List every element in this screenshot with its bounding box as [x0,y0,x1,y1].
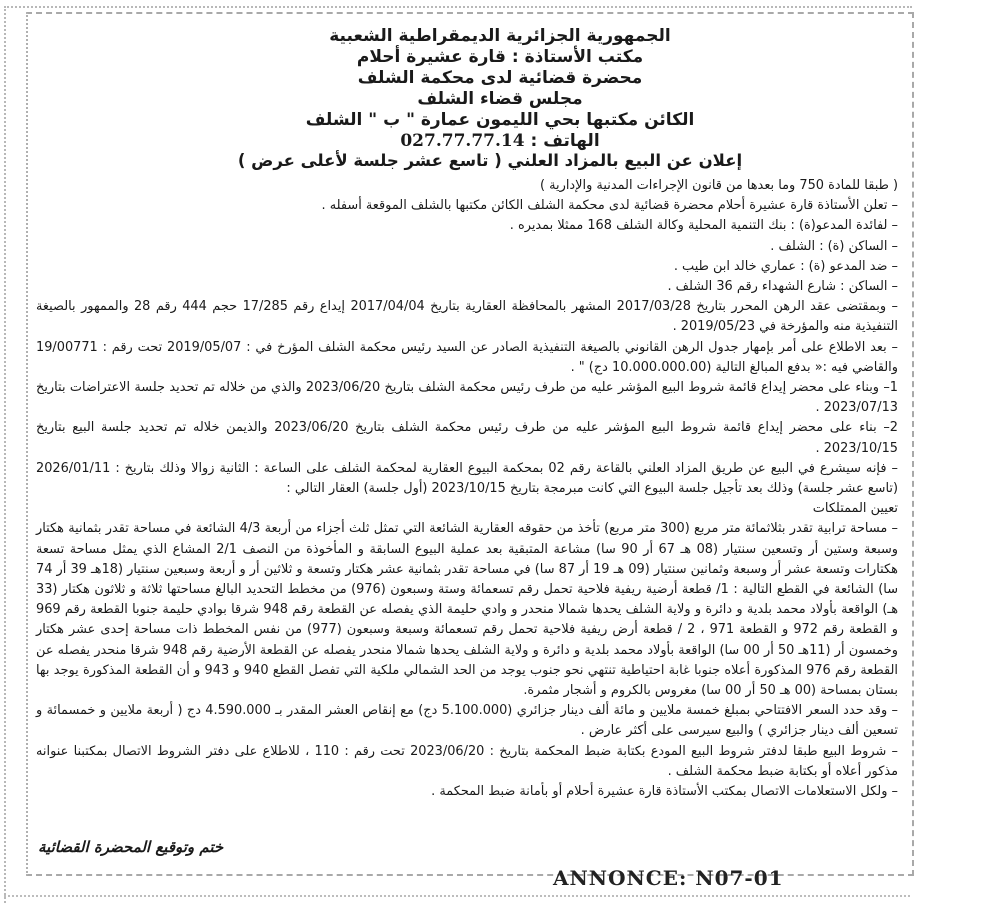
bailiff-title: محضرة قضائية لدى محكمة الشلف [240,68,760,89]
sale-paragraph: – فإنه سيشرع في البيع عن طريق المزاد الع… [36,459,898,499]
signature-line: ختم وتوقيع المحضرة القضائية [38,838,223,856]
beneficiary-address: – الساكن (ة) : الشلف . [36,237,898,257]
property-heading: تعيين الممتلكات [36,499,898,519]
phone-label: الهاتف : [525,131,600,151]
conditions-paragraph: – شروط البيع طبقا لدفتر شروط البيع المود… [36,742,898,782]
notice-title: إعلان عن البيع بالمزاد العلني ( تاسع عشر… [230,151,750,170]
court-council: مجلس قضاء الشلف [240,89,760,110]
defendant: – ضد المدعو (ة) : عماري خالد ابن طيب . [36,257,898,277]
inquiries-paragraph: – ولكل الاستعلامات الاتصال بمكتب الأستاذ… [36,782,898,802]
order-paragraph: – بعد الاطلاع على أمر بإمهار جدول الرهن … [36,338,898,378]
office-address: الكائن مكتبها بحي الليمون عمارة " ب " ال… [240,110,760,131]
mortgage-paragraph: – وبمقتضى عقد الرهن المحرر بتاريخ 2017/0… [36,297,898,337]
office-name: مكتب الأستاذة : قارة عشيرة أحلام [240,47,760,68]
notice-body: ( طبقا للمادة 750 وما بعدها من قانون الإ… [36,176,898,802]
defendant-address: – الساكن : شارع الشهداء رقم 36 الشلف . [36,277,898,297]
price-paragraph: – وقد حدد السعر الافتتاحي بمبلغ خمسة ملا… [36,701,898,741]
annonce-number: ANNONCE: N07-01 [553,866,784,890]
announce-paragraph: – تعلن الأستاذة قارة عشيرة أحلام محضرة ق… [36,196,898,216]
beneficiary: – لفائدة المدعو(ة) : بنك التنمية المحلية… [36,216,898,236]
phone-line: الهاتف : 027.77.77.14 [240,131,760,152]
property-description: – مساحة ترابية تقدر بثلاثمائة متر مربع (… [36,519,898,701]
legal-basis: ( طبقا للمادة 750 وما بعدها من قانون الإ… [36,176,898,196]
country-name: الجمهورية الجزائرية الديمقراطية الشعبية [240,26,760,47]
point-1: 1– وبناء على محضر إيداع قائمة شروط البيع… [36,378,898,418]
phone-number: 027.77.77.14 [400,131,524,151]
notice-header: الجمهورية الجزائرية الديمقراطية الشعبية … [240,26,760,152]
point-2: 2– بناء على محضر إيداع قائمة شروط البيع … [36,418,898,458]
bottom-dotted-border [4,895,910,897]
